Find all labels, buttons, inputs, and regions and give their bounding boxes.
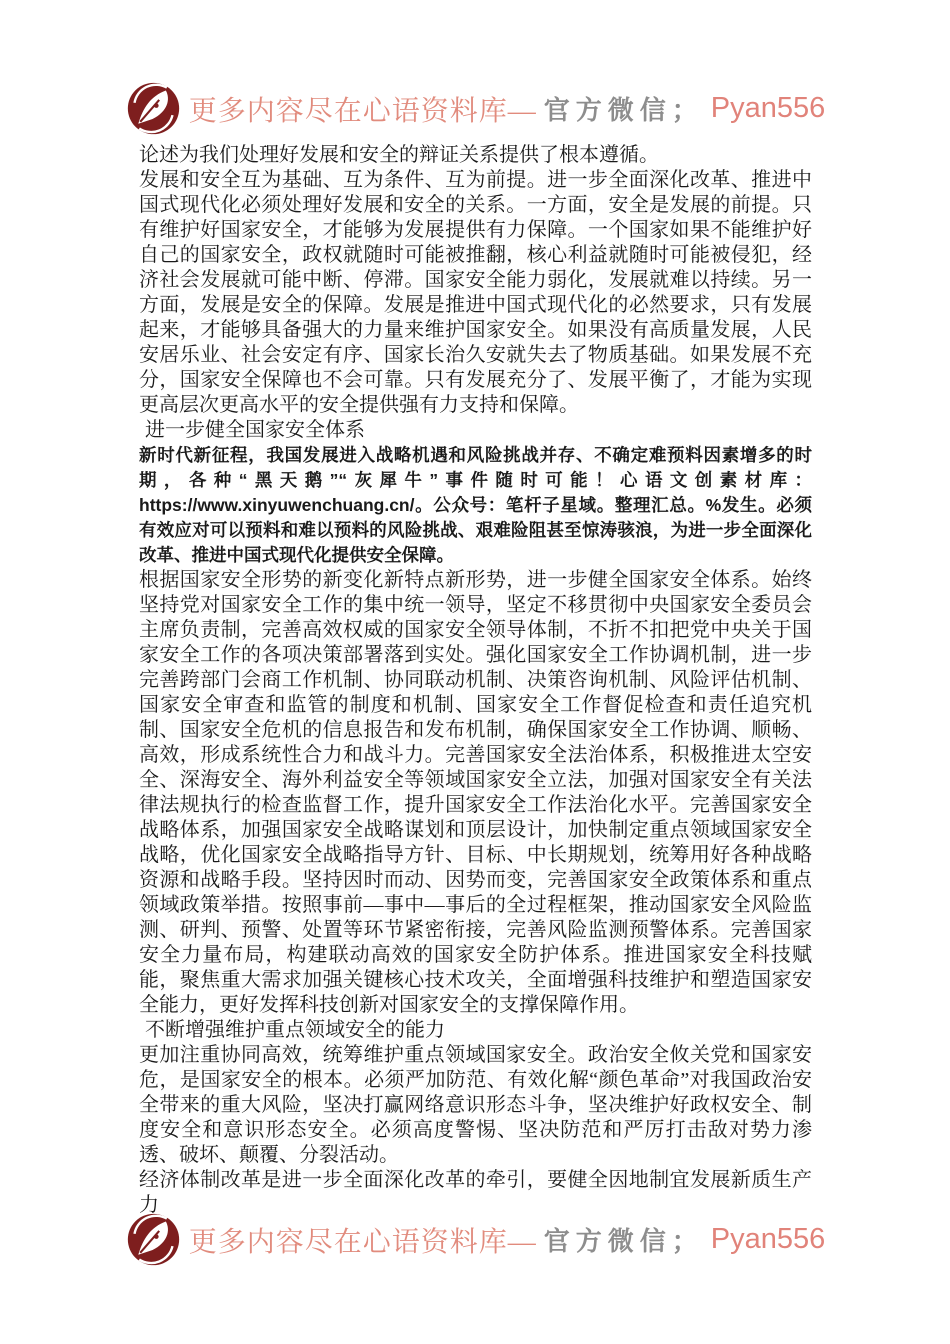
paragraph: 发展和安全互为基础、互为条件、互为前提。进一步全面深化改革、推进中国式现代化必须… (139, 168, 812, 418)
paragraph: 更加注重协同高效，统筹维护重点领域国家安全。政治安全攸关党和国家安危，是国家安全… (139, 1043, 812, 1168)
section-heading: 不断增强维护重点领域安全的能力 (139, 1018, 812, 1043)
pen-nib-circle-icon (125, 80, 182, 137)
paragraph: 根据国家安全形势的新变化新特点新形势，进一步健全国家安全体系。始终坚持党对国家安… (139, 568, 812, 1018)
watermark-wechat-label: 官方微信； (544, 1221, 704, 1258)
watermark-text: 更多内容尽在心语资料库— (189, 1220, 537, 1260)
document-page: 更多内容尽在心语资料库— 官方微信； Pyan556 论述为我们处理好发展和安全… (0, 0, 950, 1344)
watermark-header: 更多内容尽在心语资料库— 官方微信； Pyan556 (0, 80, 950, 137)
watermark-text: 更多内容尽在心语资料库— (189, 89, 537, 129)
watermark-wechat-id: Pyan556 (711, 92, 826, 125)
document-body: 论述为我们处理好发展和安全的辩证关系提供了根本遵循。 发展和安全互为基础、互为条… (139, 143, 812, 1218)
watermark-wechat-label: 官方微信； (544, 90, 704, 127)
pen-nib-circle-icon (125, 1211, 182, 1268)
watermark-wechat-id: Pyan556 (711, 1223, 826, 1256)
paragraph-emphasis: 新时代新征程，我国发展进入战略机遇和风险挑战并存、不确定难预料因素增多的时期，各… (139, 443, 812, 568)
section-heading: 进一步健全国家安全体系 (139, 418, 812, 443)
watermark-footer: 更多内容尽在心语资料库— 官方微信； Pyan556 (0, 1211, 950, 1268)
paragraph: 论述为我们处理好发展和安全的辩证关系提供了根本遵循。 (139, 143, 812, 168)
